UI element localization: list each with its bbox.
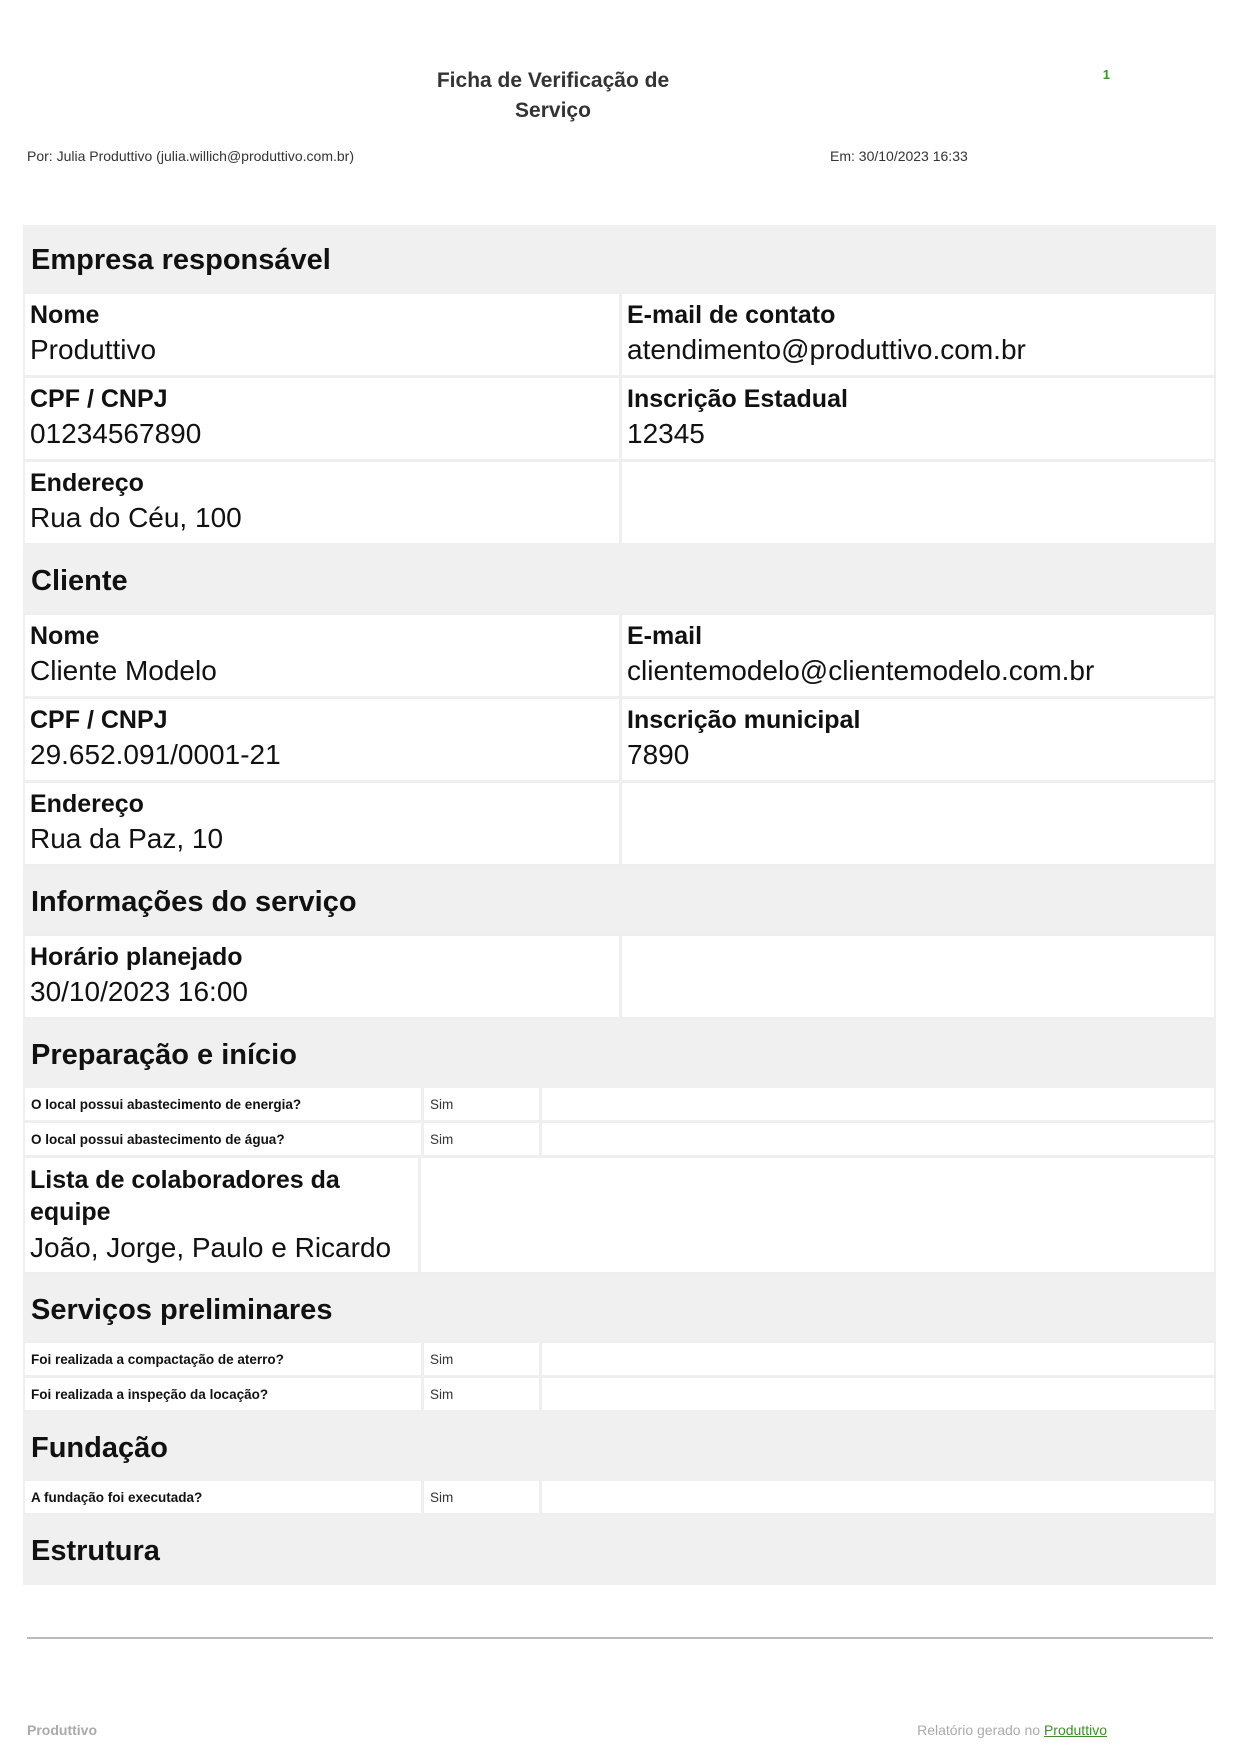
field-label: Horário planejado <box>30 941 614 973</box>
field-horario-planejado: Horário planejado 30/10/2023 16:00 <box>25 936 619 1017</box>
preparacao-questions: O local possui abastecimento de energia?… <box>23 1086 1216 1155</box>
estrutura-content <box>23 1585 1216 1611</box>
field-label: E-mail <box>627 620 1209 652</box>
field-cliente-endereco: Endereço Rua da Paz, 10 <box>25 783 619 864</box>
field-label: Endereço <box>30 788 614 820</box>
section-title-empresa: Empresa responsável <box>23 225 1216 291</box>
section-title-fundacao: Fundação <box>23 1413 1216 1479</box>
team-list: Lista de colaboradores da equipe João, J… <box>23 1158 1216 1275</box>
empty-cell <box>542 1123 1214 1155</box>
title-line-1: Ficha de Verificação de <box>403 66 703 96</box>
footer-generated-by: Relatório gerado no Produttivo <box>917 1722 1107 1738</box>
field-value: 01234567890 <box>30 415 614 453</box>
field-empresa-cpf-cnpj: CPF / CNPJ 01234567890 <box>25 378 619 459</box>
footer-prefix: Relatório gerado no <box>917 1722 1040 1738</box>
generated-date: Em: 30/10/2023 16:33 <box>830 148 968 164</box>
field-value: clientemodelo@clientemodelo.com.br <box>627 652 1209 690</box>
field-value: atendimento@produttivo.com.br <box>627 331 1209 369</box>
answer-text: Sim <box>424 1088 539 1120</box>
field-label: Nome <box>30 299 614 331</box>
title-line-2: Serviço <box>403 96 703 126</box>
empty-cell <box>622 462 1214 543</box>
field-label: CPF / CNPJ <box>30 383 614 415</box>
field-value: Produttivo <box>30 331 614 369</box>
field-value: Rua do Céu, 100 <box>30 499 614 537</box>
field-team: Lista de colaboradores da equipe João, J… <box>25 1158 418 1272</box>
field-label: Inscrição municipal <box>627 704 1209 736</box>
field-empresa-inscricao-estadual: Inscrição Estadual 12345 <box>622 378 1214 459</box>
report-body: Empresa responsável Nome Produttivo E-ma… <box>23 225 1216 1611</box>
answer-text: Sim <box>424 1343 539 1375</box>
footer-divider <box>27 1637 1213 1639</box>
empty-cell <box>542 1088 1214 1120</box>
question-row: Foi realizada a inspeção da locação? Sim <box>25 1378 1214 1410</box>
question-text: O local possui abastecimento de energia? <box>25 1088 421 1120</box>
field-label: Inscrição Estadual <box>627 383 1209 415</box>
field-cliente-inscricao-municipal: Inscrição municipal 7890 <box>622 699 1214 780</box>
field-label: CPF / CNPJ <box>30 704 614 736</box>
field-cliente-nome: Nome Cliente Modelo <box>25 615 619 696</box>
question-text: A fundação foi executada? <box>25 1481 421 1513</box>
author-info: Por: Julia Produttivo (julia.willich@pro… <box>27 148 354 164</box>
answer-text: Sim <box>424 1123 539 1155</box>
field-label: Lista de colaboradores da equipe <box>30 1164 413 1228</box>
question-row: O local possui abastecimento de água? Si… <box>25 1123 1214 1155</box>
field-value: Cliente Modelo <box>30 652 614 690</box>
answer-text: Sim <box>424 1481 539 1513</box>
field-value: 30/10/2023 16:00 <box>30 973 614 1011</box>
empty-cell <box>421 1158 1214 1272</box>
field-label: Endereço <box>30 467 614 499</box>
section-title-info: Informações do serviço <box>23 867 1216 933</box>
cliente-fields: Nome Cliente Modelo E-mail clientemodelo… <box>23 612 1216 867</box>
info-fields: Horário planejado 30/10/2023 16:00 <box>23 933 1216 1020</box>
field-empresa-nome: Nome Produttivo <box>25 294 619 375</box>
field-empresa-email: E-mail de contato atendimento@produttivo… <box>622 294 1214 375</box>
field-value: João, Jorge, Paulo e Ricardo <box>30 1230 413 1266</box>
question-row: A fundação foi executada? Sim <box>25 1481 1214 1513</box>
field-label: Nome <box>30 620 614 652</box>
empty-cell <box>542 1378 1214 1410</box>
empty-cell <box>622 783 1214 864</box>
section-title-preliminares: Serviços preliminares <box>23 1275 1216 1341</box>
section-title-preparacao: Preparação e início <box>23 1020 1216 1086</box>
question-text: Foi realizada a compactação de aterro? <box>25 1343 421 1375</box>
section-title-estrutura: Estrutura <box>23 1516 1216 1582</box>
field-label: E-mail de contato <box>627 299 1209 331</box>
section-title-cliente: Cliente <box>23 546 1216 612</box>
document-title: Ficha de Verificação de Serviço <box>0 66 1106 126</box>
empty-cell <box>542 1481 1214 1513</box>
question-row: O local possui abastecimento de energia?… <box>25 1088 1214 1120</box>
field-value: Rua da Paz, 10 <box>30 820 614 858</box>
empty-cell <box>542 1343 1214 1375</box>
question-text: Foi realizada a inspeção da locação? <box>25 1378 421 1410</box>
field-value: 12345 <box>627 415 1209 453</box>
question-row: Foi realizada a compactação de aterro? S… <box>25 1343 1214 1375</box>
field-value: 29.652.091/0001-21 <box>30 736 614 774</box>
question-text: O local possui abastecimento de água? <box>25 1123 421 1155</box>
empty-cell <box>622 936 1214 1017</box>
preliminares-questions: Foi realizada a compactação de aterro? S… <box>23 1341 1216 1410</box>
field-cliente-email: E-mail clientemodelo@clientemodelo.com.b… <box>622 615 1214 696</box>
footer-produttivo-link[interactable]: Produttivo <box>1044 1722 1107 1738</box>
page-number: 1 <box>1103 67 1110 82</box>
field-cliente-cpf-cnpj: CPF / CNPJ 29.652.091/0001-21 <box>25 699 619 780</box>
field-empresa-endereco: Endereço Rua do Céu, 100 <box>25 462 619 543</box>
footer-brand: Produttivo <box>27 1722 97 1738</box>
fundacao-questions: A fundação foi executada? Sim <box>23 1479 1216 1513</box>
empresa-fields: Nome Produttivo E-mail de contato atendi… <box>23 291 1216 546</box>
field-value: 7890 <box>627 736 1209 774</box>
answer-text: Sim <box>424 1378 539 1410</box>
